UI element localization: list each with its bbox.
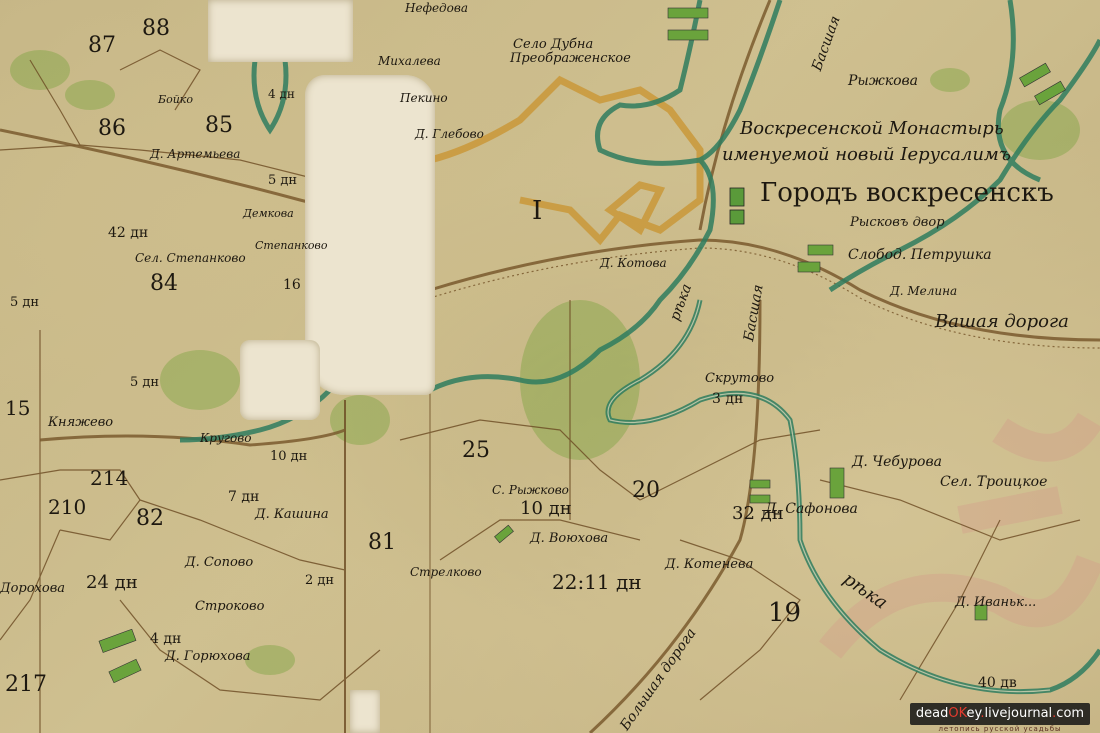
plot-number: 20 — [632, 480, 660, 502]
settlement-label: Д. Воюхова — [530, 532, 608, 545]
settlement-label: Сел. Троицкое — [940, 475, 1047, 489]
settlement-label: Дорохова — [0, 582, 65, 595]
settlement-label: Д. Горюхова — [165, 650, 251, 663]
plot-number: 86 — [98, 118, 126, 140]
settlement-label: Степанково — [255, 240, 327, 251]
plot-number: 82 — [136, 508, 164, 530]
plot-number: 19 — [768, 600, 801, 626]
measurement-label: 4 дн — [268, 88, 295, 100]
settlement-label: Стрелково — [410, 566, 482, 578]
settlement-label: Сел. Степанково — [135, 252, 246, 264]
measurement-label: 22:11 дн — [552, 572, 642, 592]
watermark-text: ey — [967, 706, 981, 721]
settlement-label: Пекино — [400, 92, 448, 104]
settlement-label: Д. Котенева — [665, 558, 753, 571]
measurement-label: 10 дн — [270, 450, 307, 463]
settlement-label: Княжево — [48, 416, 113, 429]
terrain-layer — [0, 0, 1100, 733]
plot-number: 217 — [5, 674, 47, 696]
settlement-label: Д. Глебово — [415, 128, 484, 140]
measurement-label: 32 дн — [732, 505, 784, 523]
measurement-label: 4 дн — [150, 632, 181, 646]
settlement-label: Демкова — [243, 208, 294, 219]
settlement-label: Рысковъ двор — [850, 216, 945, 229]
plot-number: 214 — [90, 468, 128, 488]
measurement-label: 2 дн — [305, 574, 334, 587]
settlement-label: Кругово — [200, 432, 251, 444]
historical-map: Воскресенской Монастырь именуемой новый … — [0, 0, 1100, 733]
watermark-text: livejournal — [985, 706, 1053, 721]
settlement-label: Михалева — [378, 55, 441, 67]
torn-paper-top — [208, 0, 353, 62]
measurement-label: 7 дн — [228, 490, 259, 504]
watermark-text: dead — [916, 706, 948, 721]
measurement-label: 3 дн — [712, 392, 743, 406]
measurement-label: 5 дн — [268, 174, 297, 187]
road-label: Вашая дорога — [935, 313, 1069, 331]
settlement-label: Нефедова — [405, 2, 468, 14]
watermark: deadOKey.livejournal.com — [910, 703, 1090, 725]
plot-number: 88 — [142, 18, 170, 40]
settlement-label: Д. Артемьева — [150, 148, 240, 160]
settlement-label: Слобод. Петрушка — [848, 248, 992, 262]
measurement-label: 5 дн — [10, 296, 39, 309]
settlement-label: Рыжкова — [848, 74, 918, 88]
plot-number: 87 — [88, 35, 116, 57]
measurement-label: 24 дн — [86, 574, 138, 592]
settlement-label: Д. Сопово — [185, 556, 253, 569]
measurement-label: 40 дв — [978, 676, 1017, 690]
settlement-label: Д. Котова — [600, 257, 667, 269]
settlement-label: Скрутово — [705, 372, 774, 385]
settlement-label: Д. Чебурова — [852, 455, 942, 469]
fortification — [430, 80, 700, 240]
settlement-label: Преображенское — [510, 52, 631, 65]
torn-paper-strip — [350, 690, 380, 733]
settlement-label: Д. Кашина — [255, 508, 329, 521]
torn-paper-left — [240, 340, 320, 420]
monastery-label-line1: Воскресенской Монастырь — [740, 120, 1004, 138]
measurement-label: 5 дн — [130, 376, 159, 389]
settlement-label: Бойко — [158, 94, 193, 105]
monastery-label-line2: именуемой новый Iерусалимъ — [722, 146, 1011, 164]
settlement-label: Д. Мелина — [890, 285, 957, 297]
plot-number: 16 — [283, 278, 301, 292]
measurement-label: 42 дн — [108, 226, 148, 240]
plot-number: 15 — [5, 398, 30, 418]
measurement-label: 10 дн — [520, 500, 572, 518]
plot-number: 84 — [150, 273, 178, 295]
city-label: Городъ воскресенскъ — [760, 180, 1054, 206]
watermark-accent: OK — [948, 706, 966, 721]
settlement-label: Село Дубна — [513, 38, 593, 51]
plot-number: 81 — [368, 532, 396, 554]
torn-paper-center — [305, 75, 435, 395]
watermark-text: com — [1056, 706, 1084, 721]
plot-number: 210 — [48, 497, 86, 517]
watermark-subtitle: летопись русской усадьбы — [912, 725, 1088, 733]
settlement-label: Д. Иваньк... — [955, 596, 1036, 609]
settlement-label: С. Рыжково — [492, 484, 569, 496]
fortress-number: I — [532, 198, 542, 224]
settlement-label: Строково — [195, 600, 264, 613]
plot-number: 85 — [205, 115, 233, 137]
plot-number: 25 — [462, 440, 490, 462]
